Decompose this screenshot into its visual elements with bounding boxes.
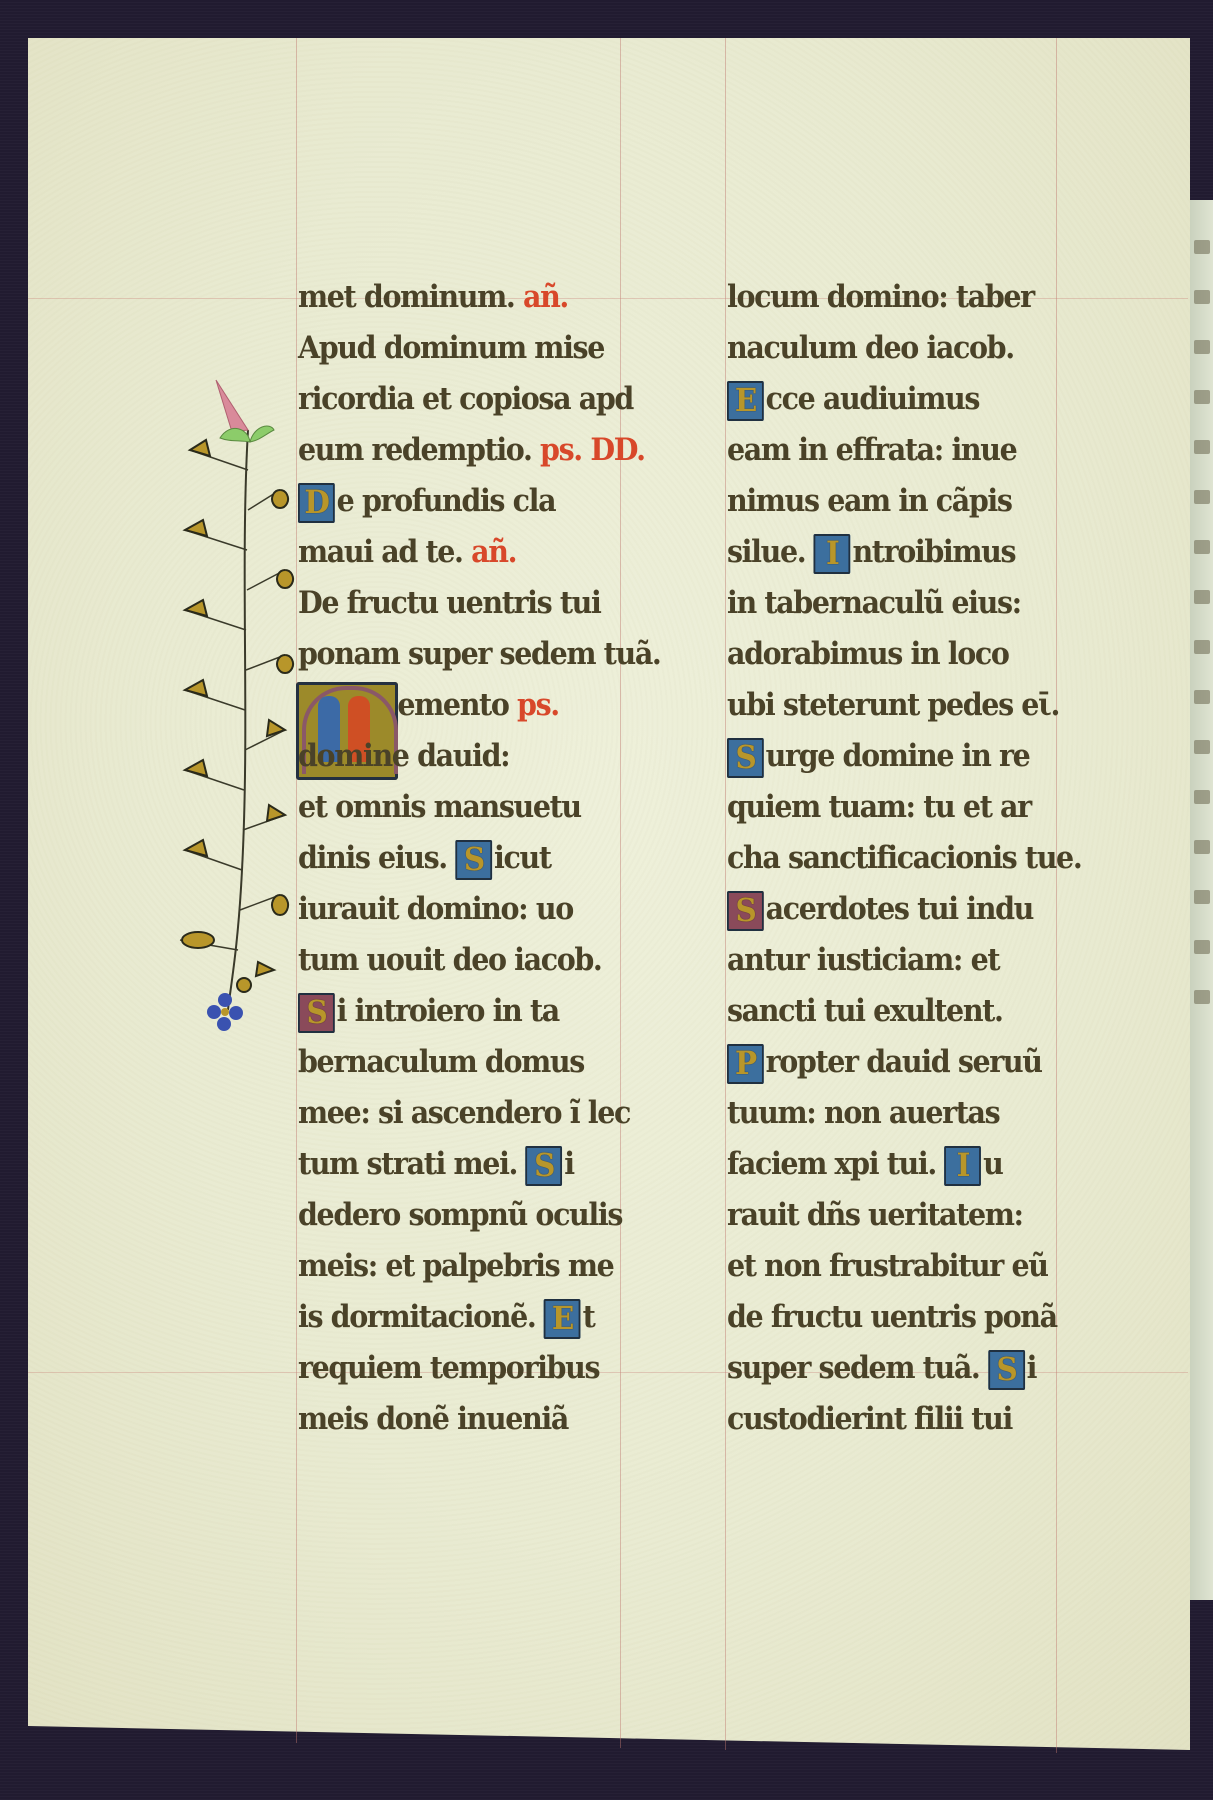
line-text: quiem tuam: tu et ar (727, 789, 1031, 825)
text-line: tuum: non auertas (727, 1088, 999, 1139)
text-line: Surge domine in re (727, 731, 1029, 782)
text-line: Apud dominum mise (298, 323, 604, 374)
text-line: cha sanctificacionis tue. (727, 833, 1081, 884)
line-text-after-initial: u (983, 1146, 1002, 1182)
line-text: cce audiuimus (766, 381, 979, 417)
line-text: i introiero in ta (337, 993, 559, 1029)
line-text: e profundis cla (337, 483, 556, 519)
text-line: emento ps. (298, 680, 559, 731)
line-text: mee: si ascendero ĩ lec (298, 1095, 630, 1131)
line-text-after-initial: t (583, 1299, 595, 1335)
line-text: acerdotes tui indu (766, 891, 1033, 927)
ruling-line (1056, 38, 1057, 1753)
ruling-line (620, 38, 621, 1748)
line-text: de fructu uentris ponã (727, 1299, 1057, 1335)
text-line: quiem tuam: tu et ar (727, 782, 1031, 833)
decorated-initial-e: E (727, 381, 764, 421)
text-line: locum domino: taber (727, 272, 1034, 323)
line-text: in tabernaculũ eius: (727, 585, 1021, 621)
line-text: meis: et palpebris me (298, 1248, 613, 1284)
line-text: rauit dñs ueritatem: (727, 1197, 1023, 1233)
text-line: silue. Introibimus (727, 527, 1015, 578)
decorated-initial-s: S (727, 891, 764, 931)
rubric: ps. DD. (532, 432, 645, 468)
text-line: super sedem tuã. Si (727, 1343, 1036, 1394)
text-line: ubi steterunt pedes eῑ. (727, 680, 1059, 731)
text-line: et omnis mansuetu (298, 782, 581, 833)
line-text: sancti tui exultent. (727, 993, 1003, 1029)
line-text: ropter dauid seruũ (766, 1044, 1042, 1080)
text-line: tum uouit deo iacob. (298, 935, 601, 986)
line-text: met dominum. (298, 279, 514, 315)
line-text: is dormitacionẽ. (298, 1299, 535, 1335)
text-line: dedero sompnũ oculis (298, 1190, 622, 1241)
line-text: ubi steterunt pedes eῑ. (727, 687, 1059, 723)
decorated-initial-s: S (455, 840, 492, 880)
rubric: ps. (508, 687, 558, 723)
line-text: super sedem tuã. (727, 1350, 979, 1386)
line-text: et omnis mansuetu (298, 789, 581, 825)
decorated-initial-s: S (727, 738, 764, 778)
line-text: Apud dominum mise (298, 330, 604, 366)
line-text: nimus eam in cãpis (727, 483, 1012, 519)
text-line: Propter dauid seruũ (727, 1037, 1042, 1088)
line-text-after-initial: i (1027, 1350, 1036, 1386)
line-text: tum strati mei. (298, 1146, 517, 1182)
rubric: añ. (514, 279, 568, 315)
text-line: sancti tui exultent. (727, 986, 1003, 1037)
line-text: tuum: non auertas (727, 1095, 999, 1131)
line-text: dedero sompnũ oculis (298, 1197, 622, 1233)
text-line: tum strati mei. Si (298, 1139, 574, 1190)
rubric: añ. (463, 534, 517, 570)
line-text: custodierint filii tui (727, 1401, 1012, 1437)
text-line: met dominum. añ. (298, 272, 568, 323)
line-text: locum domino: taber (727, 279, 1034, 315)
line-text: De fructu uentris tui (298, 585, 600, 621)
text-line: nimus eam in cãpis (727, 476, 1012, 527)
text-line: requiem temporibus (298, 1343, 599, 1394)
text-line: Sacerdotes tui indu (727, 884, 1033, 935)
blue-flower-icon (207, 993, 243, 1031)
line-text: et non frustrabitur eũ (727, 1248, 1048, 1284)
text-line: De fructu uentris tui (298, 578, 600, 629)
line-text: cha sanctificacionis tue. (727, 840, 1081, 876)
line-text: bernaculum domus (298, 1044, 584, 1080)
line-text: eum redemptio. (298, 432, 532, 468)
text-line: meis donẽ inueniã (298, 1394, 568, 1445)
text-line: Ecce audiuimus (727, 374, 979, 425)
line-text: eam in effrata: inue (727, 432, 1016, 468)
text-line: in tabernaculũ eius: (727, 578, 1021, 629)
text-line: de fructu uentris ponã (727, 1292, 1057, 1343)
line-text: meis donẽ inueniã (298, 1401, 568, 1437)
gold-leaf-icon (182, 440, 293, 992)
decorated-initial-s: S (526, 1146, 563, 1186)
text-line: et non frustrabitur eũ (727, 1241, 1048, 1292)
decorated-initial-s: S (988, 1350, 1025, 1390)
line-text: dinis eius. (298, 840, 447, 876)
decorated-initial-p: P (727, 1044, 764, 1084)
text-line: iurauit domino: uo (298, 884, 573, 935)
text-line: dinis eius. Sicut (298, 833, 551, 884)
decorated-initial-i: I (814, 534, 851, 574)
text-line: De profundis cla (298, 476, 555, 527)
text-line: faciem xpi tui. Iu (727, 1139, 1002, 1190)
text-line: is dormitacionẽ. Et (298, 1292, 594, 1343)
text-line: ricordia et copiosa apd (298, 374, 633, 425)
text-line: adorabimus in loco (727, 629, 1009, 680)
text-line: eum redemptio. ps. DD. (298, 425, 645, 476)
line-text: naculum deo iacob. (727, 330, 1014, 366)
text-line: mee: si ascendero ĩ lec (298, 1088, 630, 1139)
line-text-after-initial: icut (494, 840, 551, 876)
ruling-line (725, 38, 726, 1750)
line-text: antur iusticiam: et (727, 942, 999, 978)
text-line: maui ad te. añ. (298, 527, 516, 578)
text-line: naculum deo iacob. (727, 323, 1014, 374)
text-line: antur iusticiam: et (727, 935, 999, 986)
line-text: faciem xpi tui. (727, 1146, 936, 1182)
line-text: urge domine in re (766, 738, 1030, 774)
ivy-spray-border (170, 370, 310, 1050)
line-text: requiem temporibus (298, 1350, 599, 1386)
text-line: ponam super sedem tuã. (298, 629, 660, 680)
line-text: tum uouit deo iacob. (298, 942, 601, 978)
text-line: meis: et palpebris me (298, 1241, 613, 1292)
line-text: adorabimus in loco (727, 636, 1009, 672)
text-line: Si introiero in ta (298, 986, 559, 1037)
line-text: domine dauid: (298, 738, 509, 774)
line-text: ponam super sedem tuã. (298, 636, 660, 672)
line-text-after-initial: ntroibimus (852, 534, 1015, 570)
text-line: eam in effrata: inue (727, 425, 1016, 476)
text-line: domine dauid: (298, 731, 509, 782)
line-text: emento (397, 687, 508, 723)
pink-bud-icon (216, 380, 248, 432)
decorated-initial-i: I (944, 1146, 981, 1186)
text-line: custodierint filii tui (727, 1394, 1012, 1445)
line-text-after-initial: i (564, 1146, 573, 1182)
line-text: maui ad te. (298, 534, 463, 570)
line-text: iurauit domino: uo (298, 891, 573, 927)
line-text: ricordia et copiosa apd (298, 381, 633, 417)
next-leaf-edge (1188, 200, 1213, 1600)
text-line: bernaculum domus (298, 1037, 584, 1088)
text-line: rauit dñs ueritatem: (727, 1190, 1023, 1241)
line-text: silue. (727, 534, 805, 570)
decorated-initial-e: E (544, 1299, 581, 1339)
